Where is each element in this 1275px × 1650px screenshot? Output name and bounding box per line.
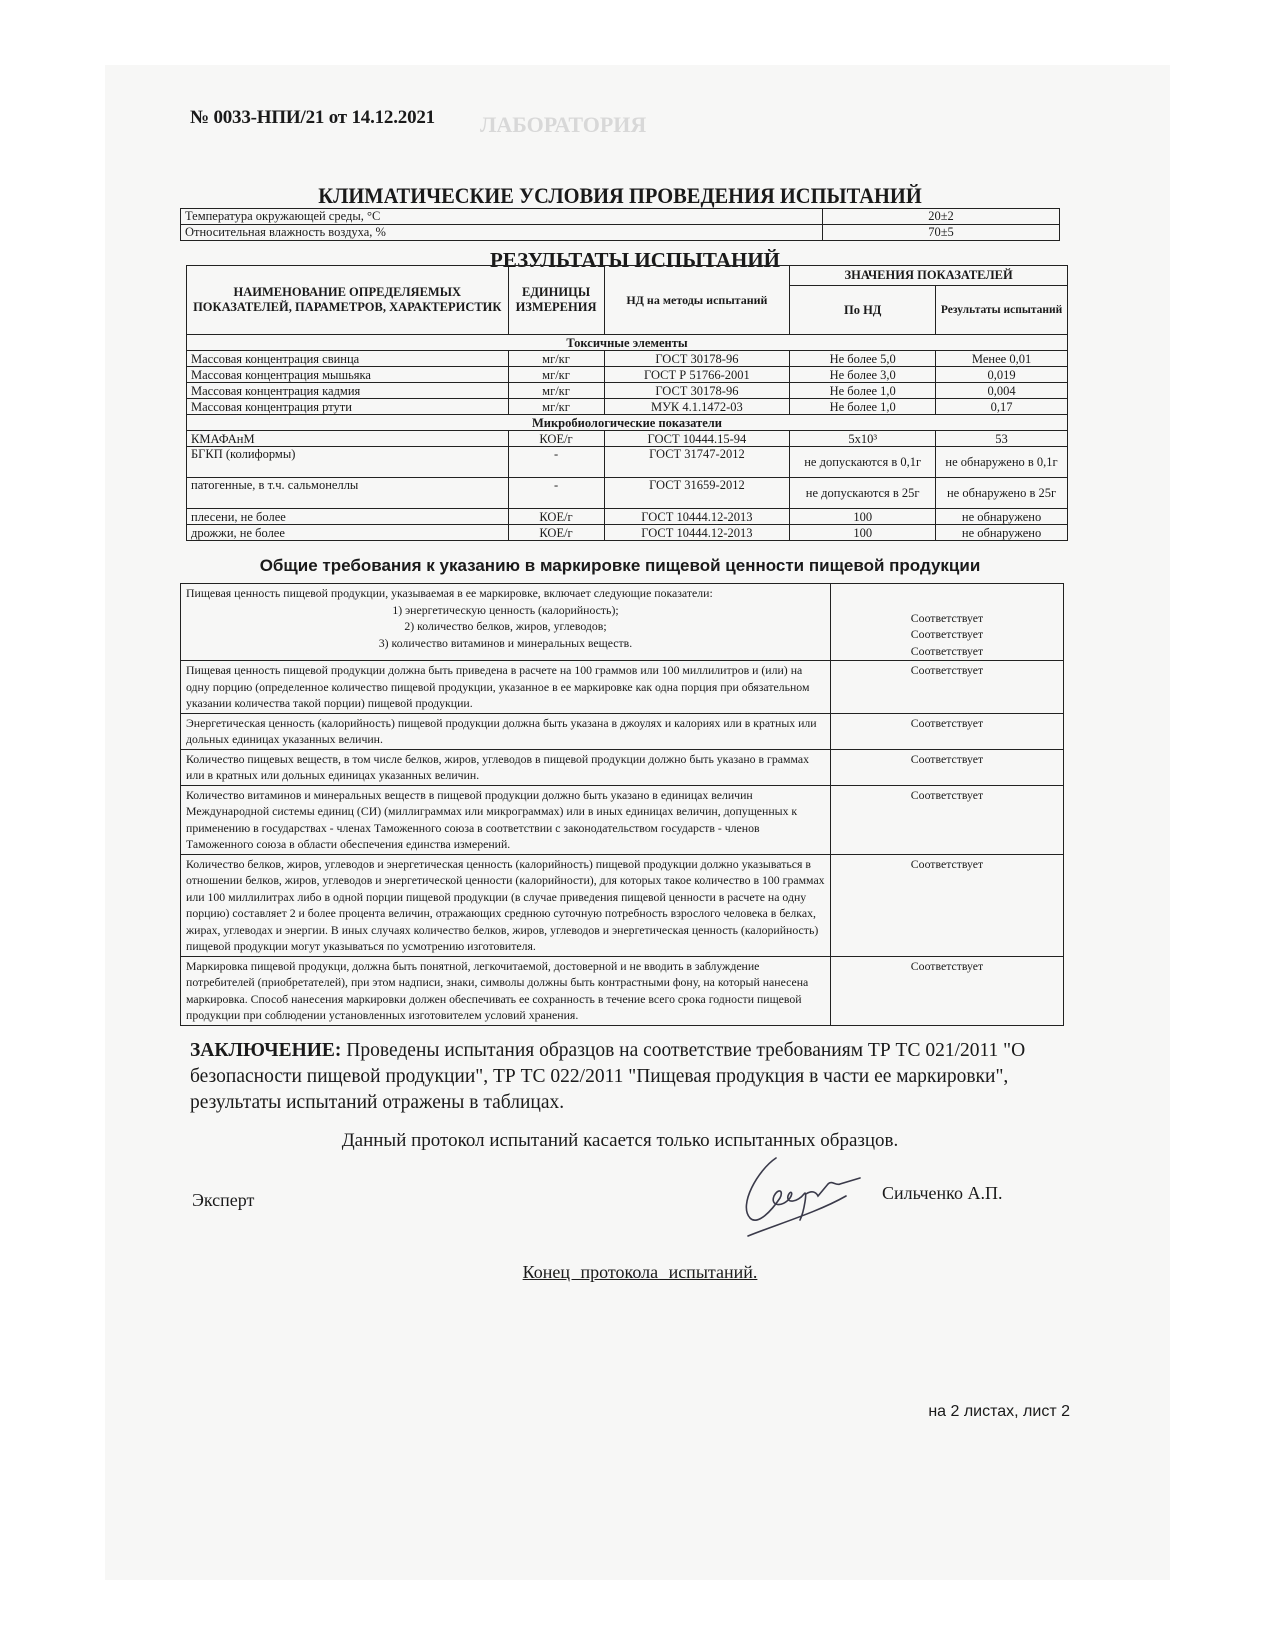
conclusion-label: ЗАКЛЮЧЕНИЕ: [190,1040,341,1061]
cell-method: ГОСТ 30178-96 [604,383,790,399]
header-values-group: ЗНАЧЕНИЯ ПОКАЗАТЕЛЕЙ [790,266,1068,286]
table-row: Количество белков, жиров, углеводов и эн… [181,854,1064,956]
cell-name: Массовая концентрация ртути [187,399,509,415]
climate-label: Относительная влажность воздуха, % [181,225,823,241]
section-title: Токсичные элементы [187,335,1068,351]
cell-result: 53 [936,431,1068,447]
cell-method: ГОСТ 31747-2012 [604,447,790,478]
header-units: ЕДИНИЦЫ ИЗМЕРЕНИЯ [508,266,604,335]
cell-result: не обнаружено [936,525,1068,541]
cell-name: Массовая концентрация свинца [187,351,509,367]
conclusion: ЗАКЛЮЧЕНИЕ: Проведены испытания образцов… [190,1038,1060,1116]
cell-method: МУК 4.1.1472-03 [604,399,790,415]
general-requirements-table: Пищевая ценность пищевой продукции, указ… [180,583,1064,1026]
table-row: Энергетическая ценность (калорийность) п… [181,713,1064,749]
table-row: патогенные, в т.ч. сальмонеллы - ГОСТ 31… [187,478,1068,509]
requirement-text: Энергетическая ценность (калорийность) п… [181,713,831,749]
table-row: Массовая концентрация мышьяка мг/кг ГОСТ… [187,367,1068,383]
cell-norm: Не более 1,0 [790,383,936,399]
header-method: НД на методы испытаний [604,266,790,335]
expert-role: Эксперт [192,1190,254,1211]
table-row: Пищевая ценность пищевой продукции, указ… [181,584,1064,661]
cell-method: ГОСТ 31659-2012 [604,478,790,509]
signature-icon [728,1150,878,1240]
cell-name: Массовая концентрация мышьяка [187,367,509,383]
climate-row: Относительная влажность воздуха, % 70±5 [181,225,1060,241]
compliance-status: Соответствует [831,749,1064,785]
cell-result: 0,17 [936,399,1068,415]
climate-value: 70±5 [823,225,1060,241]
cell-norm: не допускаются в 25г [790,478,936,509]
requirement-item: 1) энергетическую ценность (калорийность… [186,602,825,619]
climate-table: Температура окружающей среды, °С 20±2 От… [180,208,1060,241]
cell-unit: мг/кг [508,351,604,367]
end-of-protocol: Конец протокола испытаний. [480,1262,800,1283]
compliance-status: Соответствует [831,785,1064,854]
cell-unit: КОЕ/г [508,431,604,447]
compliance-status: Соответствует [836,643,1058,660]
cell-result: не обнаружено в 0,1г [936,447,1068,478]
table-row: Массовая концентрация ртути мг/кг МУК 4.… [187,399,1068,415]
requirement-text: Пищевая ценность пищевой продукции должн… [181,661,831,714]
cell-unit: мг/кг [508,399,604,415]
requirement-item: 3) количество витаминов и минеральных ве… [186,635,825,652]
cell-name: Массовая концентрация кадмия [187,383,509,399]
requirement-text: Маркировка пищевой продукци, должна быть… [181,956,831,1025]
compliance-status: Соответствует [836,626,1058,643]
cell-unit: - [508,447,604,478]
table-row: КМАФАнМ КОЕ/г ГОСТ 10444.15-94 5x10³ 53 [187,431,1068,447]
cell-result: 0,004 [936,383,1068,399]
cell-norm: 5x10³ [790,431,936,447]
table-row: Массовая концентрация свинца мг/кг ГОСТ … [187,351,1068,367]
cell-norm: Не более 3,0 [790,367,936,383]
section-title: Микробиологические показатели [187,415,1068,431]
table-row: плесени, не более КОЕ/г ГОСТ 10444.12-20… [187,509,1068,525]
page-info: на 2 листах, лист 2 [900,1403,1070,1421]
cell-unit: - [508,478,604,509]
climate-label: Температура окружающей среды, °С [181,209,823,225]
climate-value: 20±2 [823,209,1060,225]
cell-unit: мг/кг [508,383,604,399]
requirement-item: 2) количество белков, жиров, углеводов; [186,618,825,635]
table-row: Количество витаминов и минеральных вещес… [181,785,1064,854]
table-row: Маркировка пищевой продукци, должна быть… [181,956,1064,1025]
cell-name: плесени, не более [187,509,509,525]
cell-norm: 100 [790,525,936,541]
cell-method: ГОСТ 10444.12-2013 [604,509,790,525]
table-row: Пищевая ценность пищевой продукции должн… [181,661,1064,714]
general-requirements-title: Общие требования к указанию в маркировке… [180,556,1060,576]
climate-title: КЛИМАТИЧЕСКИЕ УСЛОВИЯ ПРОВЕДЕНИЯ ИСПЫТАН… [211,183,1029,209]
cell-unit: мг/кг [508,367,604,383]
compliance-status: Соответствует [836,610,1058,627]
cell-method: ГОСТ Р 51766-2001 [604,367,790,383]
compliance-status: Соответствует [831,854,1064,956]
table-row: БГКП (колиформы) - ГОСТ 31747-2012 не до… [187,447,1068,478]
cell-method: ГОСТ 10444.12-2013 [604,525,790,541]
cell-norm: Не более 5,0 [790,351,936,367]
cell-result: не обнаружено в 25г [936,478,1068,509]
show-through-text: ЛАБОРАТОРИЯ [480,112,646,138]
cell-norm: 100 [790,509,936,525]
cell-unit: КОЕ/г [508,525,604,541]
compliance-status: Соответствует [831,956,1064,1025]
cell-method: ГОСТ 30178-96 [604,351,790,367]
cell-name: патогенные, в т.ч. сальмонеллы [187,478,509,509]
climate-row: Температура окружающей среды, °С 20±2 [181,209,1060,225]
requirement-text: Количество пищевых веществ, в том числе … [181,749,831,785]
cell-name: КМАФАнМ [187,431,509,447]
table-row: Массовая концентрация кадмия мг/кг ГОСТ … [187,383,1068,399]
compliance-status: Соответствует [831,713,1064,749]
requirement-intro: Пищевая ценность пищевой продукции, указ… [186,585,825,602]
cell-name: дрожжи, не более [187,525,509,541]
requirement-text: Количество витаминов и минеральных вещес… [181,785,831,854]
cell-result: 0,019 [936,367,1068,383]
disclaimer: Данный протокол испытаний касается тольк… [180,1130,1060,1152]
cell-norm: Не более 1,0 [790,399,936,415]
cell-result: не обнаружено [936,509,1068,525]
requirement-text: Количество белков, жиров, углеводов и эн… [181,854,831,956]
header-result: Результаты испытаний [936,286,1068,335]
cell-method: ГОСТ 10444.15-94 [604,431,790,447]
document-number: № 0033-НПИ/21 от 14.12.2021 [190,107,435,129]
table-row: Количество пищевых веществ, в том числе … [181,749,1064,785]
results-table: НАИМЕНОВАНИЕ ОПРЕДЕЛЯЕМЫХ ПОКАЗАТЕЛЕЙ, П… [186,265,1068,541]
cell-norm: не допускаются в 0,1г [790,447,936,478]
compliance-status: Соответствует [831,661,1064,714]
cell-name: БГКП (колиформы) [187,447,509,478]
cell-unit: КОЕ/г [508,509,604,525]
cell-result: Менее 0,01 [936,351,1068,367]
header-norm: По НД [790,286,936,335]
expert-name: Сильченко А.П. [882,1183,1002,1204]
table-row: дрожжи, не более КОЕ/г ГОСТ 10444.12-201… [187,525,1068,541]
header-name: НАИМЕНОВАНИЕ ОПРЕДЕЛЯЕМЫХ ПОКАЗАТЕЛЕЙ, П… [187,266,509,335]
